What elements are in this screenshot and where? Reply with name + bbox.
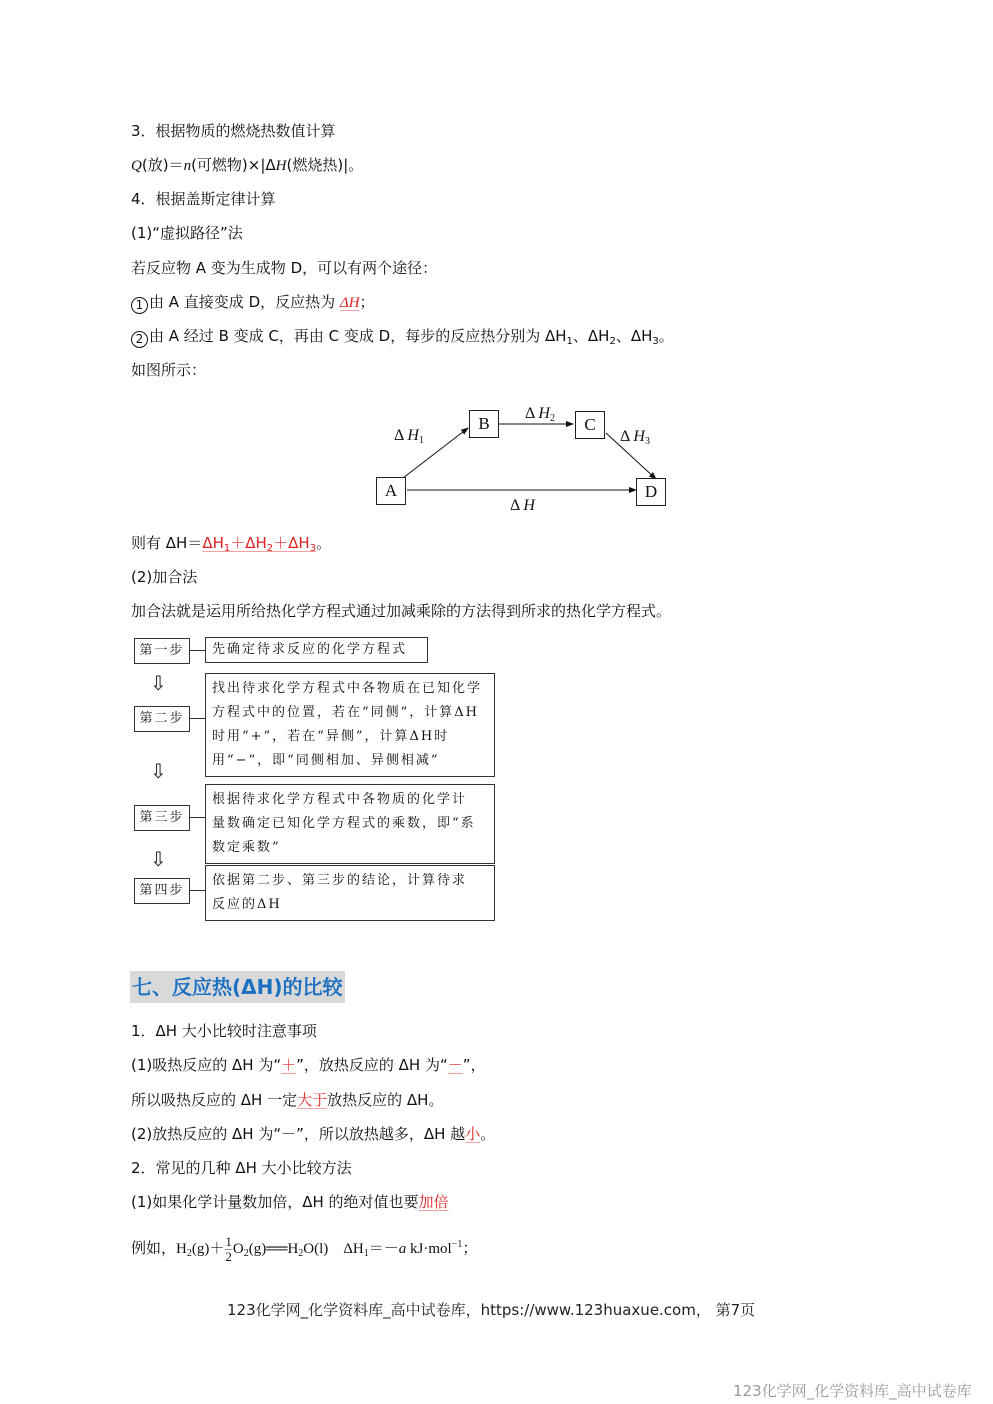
- unit: kJ·mol: [406, 1241, 451, 1257]
- step-3-label: 第三步: [134, 805, 190, 831]
- step-4-label: 第四步: [134, 878, 190, 904]
- text: (1)如果化学计量数加倍，ΔH 的绝对值也要: [131, 1193, 419, 1211]
- connector: [189, 817, 205, 818]
- ans-part: ＋ΔH: [273, 534, 310, 552]
- see-figure: 如图所示：: [131, 360, 206, 380]
- hess-path-diagram: A B C D Δ H1 Δ H2 Δ H3 Δ H: [370, 400, 680, 525]
- eq: ；: [462, 1241, 477, 1257]
- path-1: 1由 A 直接变成 D，反应热为 ΔH；: [131, 292, 375, 314]
- step-2-line: 方程式中的位置，若在“同侧”，计算ΔH: [212, 701, 488, 725]
- connector: [189, 718, 205, 719]
- page-footer: 123化学网_化学资料库_高中试卷库，https://www.123huaxue…: [227, 1299, 755, 1320]
- path2-mid: 、ΔH: [573, 327, 610, 345]
- ans-part: ΔH: [202, 534, 224, 552]
- down-arrow-icon: ⇩: [150, 849, 167, 869]
- two-paths-intro: 若反应物 A 变为生成物 D，可以有两个途径：: [131, 258, 437, 278]
- formula-part: (可燃物)×|Δ: [191, 156, 276, 174]
- section3-title: 3．根据物质的燃烧热数值计算: [131, 121, 336, 141]
- heat-formula: Q(放)＝n(可燃物)×|ΔH(燃烧热)|。: [131, 155, 363, 176]
- section4-title: 4．根据盖斯定律计算: [131, 189, 276, 209]
- text: (2)放热反应的 ΔH 为“－”，所以放热越多，ΔH 越: [131, 1125, 465, 1143]
- label-dh3: Δ H3: [620, 428, 650, 446]
- step-3-box: 根据待求化学方程式中各物质的化学计 量数确定已知化学方程式的乘数，即“系 数定乘…: [205, 784, 495, 864]
- sup: −1: [452, 1239, 463, 1250]
- fraction-half: 12: [225, 1235, 232, 1264]
- circled-number-1: 1: [131, 297, 148, 314]
- sub: 3: [645, 436, 650, 447]
- example-equation: 例如，H2(g)＋12O2(g)══H2O(l) ΔH1＝－a kJ·mol−1…: [131, 1228, 477, 1269]
- item2-line1: (1)如果化学计量数加倍，ΔH 的绝对值也要加倍: [131, 1192, 449, 1212]
- item1-line3: (2)放热反应的 ΔH 为“－”，所以放热越多，ΔH 越小。: [131, 1124, 495, 1144]
- item2-title: 2．常见的几种 ΔH 大小比较方法: [131, 1158, 352, 1178]
- step-3-line: 量数确定已知化学方程式的乘数，即“系: [212, 812, 488, 836]
- item1-line2: 所以吸热反应的 ΔH 一定大于放热反应的 ΔH。: [131, 1090, 443, 1110]
- node-a: A: [376, 477, 406, 505]
- eq: O(l): [303, 1241, 328, 1257]
- virtual-path-title: (1)“虚拟路径”法: [131, 223, 243, 243]
- text: (1)吸热反应的 ΔH 为“: [131, 1056, 281, 1074]
- sub: 1: [419, 435, 424, 446]
- path2-mid: 、ΔH: [616, 327, 653, 345]
- step-2-line: 用“−”，即“同侧相加、异侧相减”: [212, 749, 488, 773]
- delta: Δ: [510, 497, 519, 514]
- step-1-label: 第一步: [134, 638, 190, 664]
- text: 放热反应的 ΔH。: [327, 1091, 443, 1109]
- h: H: [407, 427, 419, 444]
- path1-text: 由 A 直接变成 D，反应热为: [149, 293, 340, 311]
- step-2-label: 第二步: [134, 706, 190, 732]
- label-dh1: Δ H1: [394, 427, 424, 445]
- item1-title: 1．ΔH 大小比较时注意事项: [131, 1021, 317, 1041]
- watermark: 123化学网_化学资料库_高中试卷库: [733, 1380, 972, 1401]
- delta: Δ: [394, 427, 403, 444]
- formula-n: n: [184, 158, 192, 174]
- step-2-line: 时用“+”，若在“异侧”，计算ΔH时: [212, 725, 488, 749]
- section7-heading: 七、反应热(ΔH)的比较: [130, 971, 345, 1003]
- step-4-line: 反应的ΔH: [212, 893, 488, 917]
- formula-h: H: [276, 158, 287, 174]
- conclusion-answer: ΔH1＋ΔH2＋ΔH3: [202, 534, 316, 552]
- addition-method-title: (2)加合法: [131, 567, 197, 587]
- text: 所以吸热反应的 ΔH 一定: [131, 1091, 297, 1109]
- text: 。: [480, 1125, 495, 1143]
- step-2-box: 找出待求化学方程式中各物质在已知化学 方程式中的位置，若在“同侧”，计算ΔH 时…: [205, 673, 495, 777]
- answer-double: 加倍: [419, 1193, 449, 1211]
- eq: O: [233, 1241, 244, 1257]
- answer-dh: ΔH: [340, 295, 360, 311]
- denominator: 2: [225, 1250, 232, 1264]
- eq: (g)＋: [192, 1241, 225, 1257]
- delta: Δ: [620, 428, 629, 445]
- path2-text: 由 A 经过 B 变成 C，再由 C 变成 D，每步的反应热分别为 ΔH: [149, 327, 567, 345]
- circled-number-2: 2: [131, 331, 148, 348]
- h: H: [523, 497, 535, 514]
- sub: 2: [550, 413, 555, 424]
- addition-method-desc: 加合法就是运用所给热化学方程式通过加减乘除的方法得到所求的热化学方程式。: [131, 601, 671, 621]
- answer-smaller: 小: [465, 1125, 480, 1143]
- step-1-text: 先确定待求反应的化学方程式: [212, 638, 421, 662]
- down-arrow-icon: ⇩: [150, 761, 167, 781]
- step-2-line: 找出待求化学方程式中各物质在已知化学: [212, 677, 488, 701]
- node-d: D: [636, 478, 666, 506]
- path1-end: ；: [360, 293, 375, 311]
- text: ”，放热反应的 ΔH 为“: [296, 1056, 448, 1074]
- path-2: 2由 A 经过 B 变成 C，再由 C 变成 D，每步的反应热分别为 ΔH1、Δ…: [131, 326, 674, 348]
- connector: [189, 890, 205, 891]
- answer-plus: ＋: [281, 1056, 296, 1074]
- eq: H: [176, 1241, 187, 1257]
- connector: [189, 650, 205, 651]
- step-1-box: 先确定待求反应的化学方程式: [205, 637, 428, 663]
- step-4-box: 依据第二步、第三步的结论，计算待求 反应的ΔH: [205, 865, 495, 921]
- down-arrow-icon: ⇩: [150, 673, 167, 693]
- formula-part: (燃烧热)|。: [287, 156, 364, 174]
- node-b: B: [469, 410, 499, 438]
- formula-part: (放)＝: [142, 156, 184, 174]
- answer-greater: 大于: [297, 1091, 327, 1109]
- text: ”，: [463, 1056, 486, 1074]
- conclusion-end: 。: [316, 534, 331, 552]
- label-dh: Δ H: [510, 497, 535, 515]
- step-3-line: 根据待求化学方程式中各物质的化学计: [212, 788, 488, 812]
- step-4-line: 依据第二步、第三步的结论，计算待求: [212, 869, 488, 893]
- item1-line1: (1)吸热反应的 ΔH 为“＋”，放热反应的 ΔH 为“－”，: [131, 1055, 486, 1075]
- numerator: 1: [225, 1235, 232, 1250]
- answer-minus: －: [448, 1056, 463, 1074]
- equation: H2(g)＋12O2(g)══H2O(l) ΔH1＝－a kJ·mol−1；: [176, 1241, 477, 1257]
- text: 例如，: [131, 1239, 176, 1257]
- formula-q: Q: [131, 158, 142, 174]
- node-c: C: [575, 411, 605, 439]
- eq: ＝－: [369, 1241, 399, 1257]
- step-3-line: 数定乘数”: [212, 836, 488, 860]
- path2-end: 。: [659, 327, 674, 345]
- ans-part: ＋ΔH: [230, 534, 267, 552]
- eq: (g)══H: [249, 1241, 299, 1257]
- delta: Δ: [525, 405, 534, 422]
- h: H: [538, 405, 550, 422]
- h: H: [633, 428, 645, 445]
- conclusion-prefix: 则有 ΔH＝: [131, 534, 202, 552]
- hess-conclusion: 则有 ΔH＝ΔH1＋ΔH2＋ΔH3。: [131, 533, 331, 553]
- eq: ΔH: [343, 1241, 363, 1257]
- label-dh2: Δ H2: [525, 405, 555, 423]
